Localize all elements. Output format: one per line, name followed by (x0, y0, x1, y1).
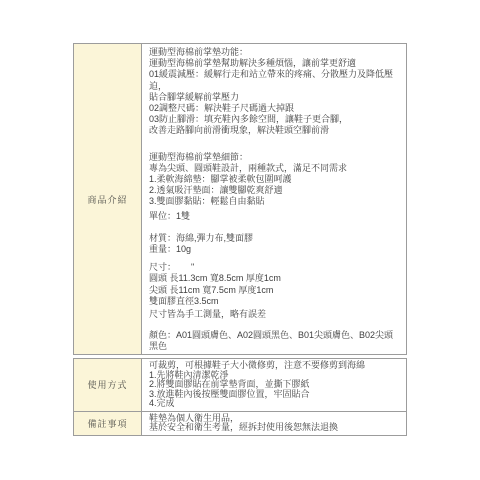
text-line: 尺寸： " (149, 262, 402, 273)
text-line: 重量：10g (149, 244, 402, 255)
text-line: 單位：1雙 (149, 211, 402, 222)
text-line: 顏色：A01圓頭膚色、A02圓頭黑色、B01尖頭膚色、B02尖頭黑色 (149, 330, 402, 352)
notes-content: 鞋墊為個人衛生用品，基於安全和衛生考量，經拆封使用後恕無法退換 (142, 412, 406, 435)
text-line: 圓頭 長11.3cm 寬8.5cm 厚度1cm (149, 273, 402, 284)
intro-color-section: 顏色：A01圓頭膚色、A02圓頭黑色、B01尖頭膚色、B02尖頭黑色 (149, 330, 402, 352)
text-line: 01緩震減壓：緩解行走和站立帶來的疼痛、分散壓力及降低壓迫， (149, 69, 402, 91)
intro-unit-section: 單位：1雙 (149, 211, 402, 222)
text-line: 2.透氣吸汗墊面：讓雙腳乾爽舒適 (149, 185, 402, 196)
usage-row: 使用方式 可裁剪，可根據鞋子大小微修剪，注意不要修剪到海綿1.先將鞋內清潔乾淨2… (74, 359, 406, 412)
product-intro-row: 商品介紹 運動型海棉前掌墊功能：運動型海棉前掌墊幫助解決多種煩惱，讓前掌更舒適0… (73, 43, 407, 355)
text-line: 4.完成 (149, 399, 402, 409)
product-info-table: 商品介紹 運動型海棉前掌墊功能：運動型海棉前掌墊幫助解決多種煩惱，讓前掌更舒適0… (73, 43, 407, 436)
text-line: 運動型海棉前掌墊細節： (149, 152, 402, 163)
text-line: 運動型海棉前掌墊幫助解決多種煩惱，讓前掌更舒適 (149, 58, 402, 69)
intro-details-section: 運動型海棉前掌墊細節：專為尖頭、圓頭鞋設計，兩種款式，滿足不同需求1.柔軟海綿墊… (149, 152, 402, 208)
text-line: 材質：海綿,彈力布,雙面膠 (149, 233, 402, 244)
text-line: 尖頭 長11cm 寬7.5cm 厚度1cm (149, 285, 402, 296)
usage-notes-table: 使用方式 可裁剪，可根據鞋子大小微修剪，注意不要修剪到海綿1.先將鞋內清潔乾淨2… (73, 358, 407, 436)
text-line: 改善走路腳向前滑衝現象，解決鞋頭空腳前滑 (149, 125, 402, 136)
text-line: 1.柔軟海綿墊：腳掌被柔軟包圍呵護 (149, 174, 402, 185)
text-line: 02調整尺碼：解決鞋子尺碼過大掉跟 (149, 103, 402, 114)
text-line: 專為尖頭、圓頭鞋設計，兩種款式，滿足不同需求 (149, 163, 402, 174)
text-line: 尺寸皆為手工測量，略有誤差 (149, 309, 402, 320)
intro-material-section: 材質：海綿,彈力布,雙面膠重量：10g (149, 233, 402, 255)
intro-functions-section: 運動型海棉前掌墊功能：運動型海棉前掌墊幫助解決多種煩惱，讓前掌更舒適01緩震減壓… (149, 47, 402, 137)
notes-row: 備註事項 鞋墊為個人衛生用品，基於安全和衛生考量，經拆封使用後恕無法退換 (74, 412, 406, 435)
row-header-label: 備註事項 (87, 417, 127, 430)
row-header-product-intro: 商品介紹 (74, 44, 142, 354)
row-header-label: 使用方式 (87, 378, 127, 391)
usage-content: 可裁剪，可根據鞋子大小微修剪，注意不要修剪到海綿1.先將鞋內清潔乾淨2.將雙面膠… (142, 359, 406, 411)
row-header-label: 商品介紹 (87, 193, 127, 206)
text-line: 運動型海棉前掌墊功能： (149, 47, 402, 58)
product-intro-content: 運動型海棉前掌墊功能：運動型海棉前掌墊幫助解決多種煩惱，讓前掌更舒適01緩震減壓… (142, 44, 406, 354)
text-line: 基於安全和衛生考量，經拆封使用後恕無法退換 (149, 423, 402, 433)
intro-size-section: 尺寸： "圓頭 長11.3cm 寬8.5cm 厚度1cm尖頭 長11cm 寬7.… (149, 262, 402, 307)
text-line: 雙面膠直徑3.5cm (149, 296, 402, 307)
row-header-usage: 使用方式 (74, 359, 142, 411)
row-header-notes: 備註事項 (74, 412, 142, 435)
text-line: 03防止腳滑：填充鞋內多餘空間，讓鞋子更合腳， (149, 114, 402, 125)
text-line: 貼合腳掌緩解前掌壓力 (149, 92, 402, 103)
intro-size-note-section: 尺寸皆為手工測量，略有誤差 (149, 309, 402, 320)
text-line: 3.雙面膠黏貼：輕鬆自由黏貼 (149, 196, 402, 207)
text-line: 3.放進鞋內後按壓雙面膠位置，牢固貼合 (149, 390, 402, 400)
